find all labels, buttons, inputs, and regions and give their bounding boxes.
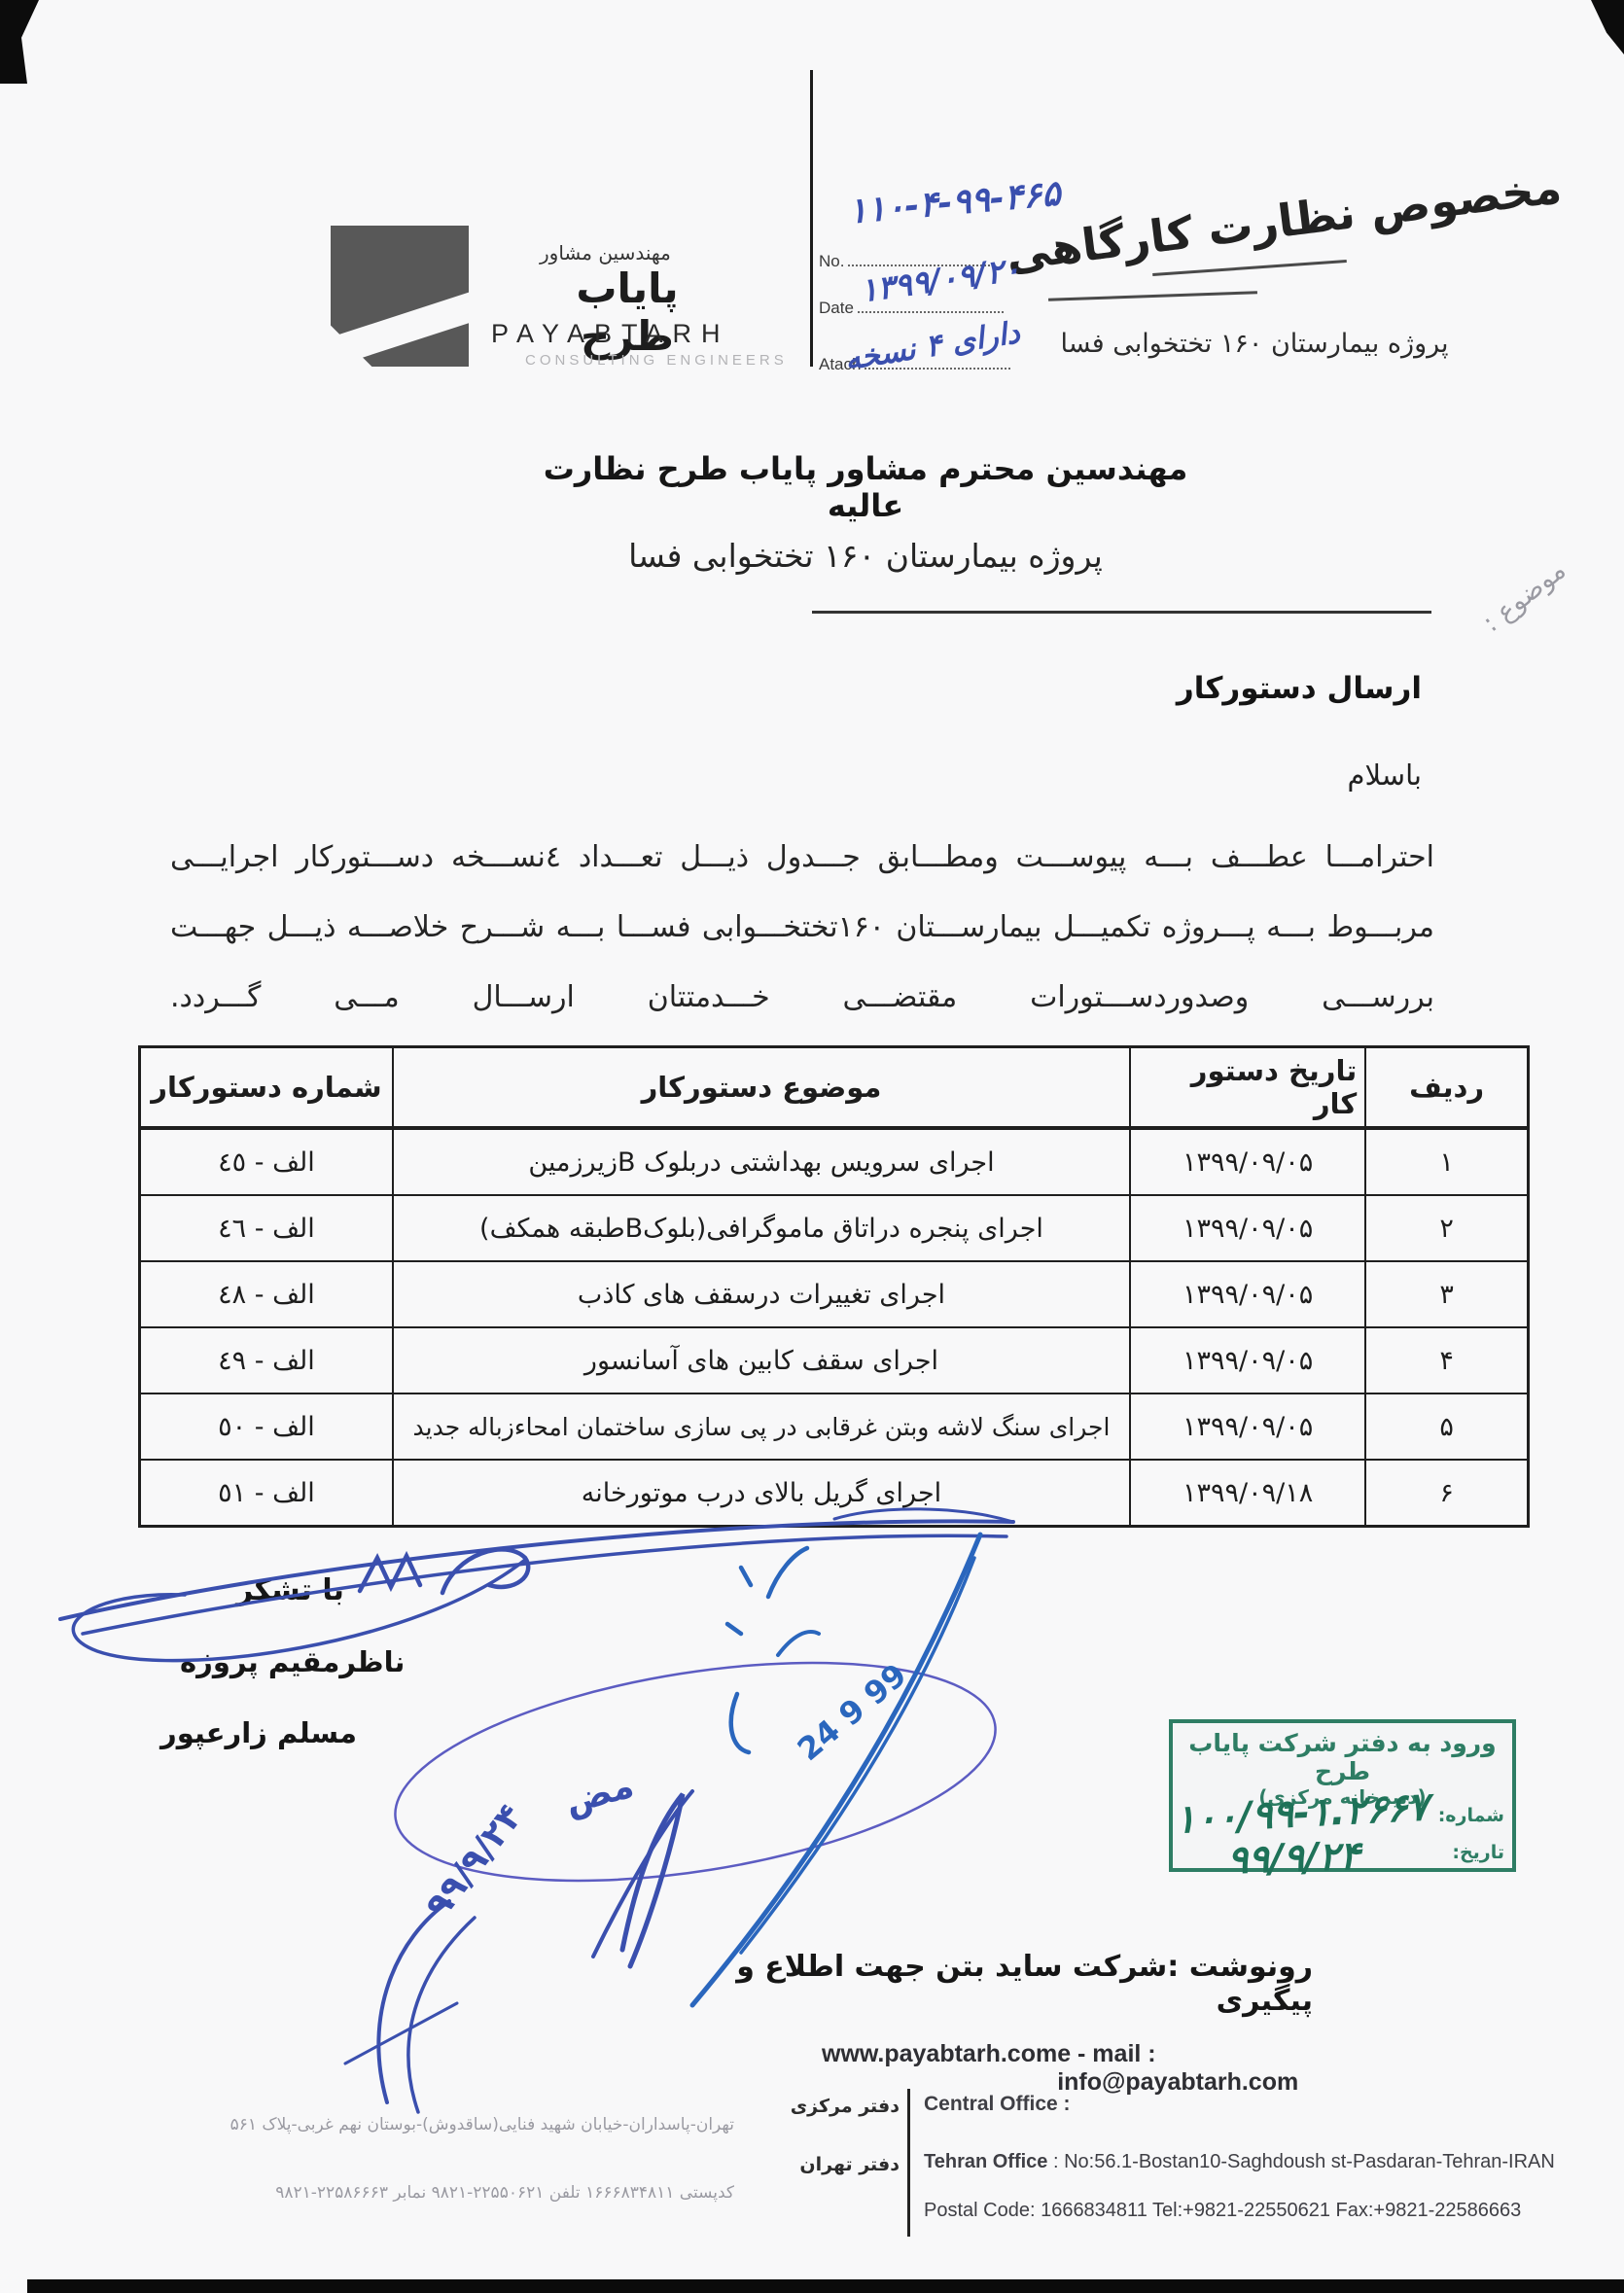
entry-stamp-date-label: تاریخ: bbox=[1452, 1842, 1504, 1863]
cell-date: ۱۳۹۹/۰۹/۱۸ bbox=[1129, 1461, 1364, 1525]
subject-label: ارسال دستورکار bbox=[1118, 671, 1422, 706]
footer-en-office-central: Central Office : bbox=[924, 2093, 1071, 2116]
website-text: www.payabtarh.com bbox=[822, 2040, 1057, 2097]
cell-date: ۱۳۹۹/۰۹/۰۵ bbox=[1129, 1394, 1364, 1459]
footer-divider bbox=[907, 2089, 910, 2237]
cell-subject: اجرای گریل بالای درب موتورخانه bbox=[392, 1461, 1129, 1525]
cell-subject: اجرای سرویس بهداشتی دربلوک Bزیرزمین bbox=[392, 1130, 1129, 1194]
cell-subject: اجرای سقف کابین های آسانسور bbox=[392, 1328, 1129, 1393]
table-row: الف - ٥١ اجرای گریل بالای درب موتورخانه … bbox=[141, 1459, 1527, 1525]
table-row: الف - ٤٥ اجرای سرویس بهداشتی دربلوک Bزیر… bbox=[141, 1128, 1527, 1194]
signature-thanks: با تشکر bbox=[236, 1573, 344, 1607]
col-header-subject: موضوع دستورکار bbox=[392, 1048, 1129, 1126]
dept-project-line: پروژه بیمارستان ۱۶۰ تختخوابی فسا bbox=[972, 329, 1536, 359]
cell-number: الف - ٥٠ bbox=[141, 1394, 392, 1459]
company-subtitle-en: CONSULTING ENGINEERS bbox=[525, 352, 788, 369]
signature-role: ناظرمقیم پروژه bbox=[180, 1645, 405, 1678]
signature-flourish bbox=[60, 1509, 1013, 1661]
company-name-fa-small: مهندسین مشاور bbox=[540, 241, 700, 265]
cell-row: ۵ bbox=[1364, 1394, 1527, 1459]
footer-fa-contacts: کدپستی ۱۶۶۶۸۳۴۸۱۱ تلفن ۲۲۵۵۰۶۲۱-۹۸۲۱ نما… bbox=[58, 2183, 734, 2203]
col-header-row: ردیف bbox=[1364, 1048, 1527, 1126]
table-row: الف - ٤٨ اجرای تغییرات درسقف های کاذب ۱۳… bbox=[141, 1260, 1527, 1326]
body-line-2: مربـــوط بـــه پـــروژه تکمیـــل بیمارسـ… bbox=[170, 893, 1434, 963]
dept-title-underline-1 bbox=[1152, 260, 1347, 276]
footer-en-office-tehran: Tehran Office : No:56.1-Bostan10-Saghdou… bbox=[924, 2151, 1555, 2173]
oval-annotation bbox=[380, 1626, 1010, 1917]
cell-number: الف - ٥١ bbox=[141, 1461, 392, 1525]
footer-fa-office-tehran: دفتر تهران bbox=[749, 2154, 900, 2175]
cc-line: رونوشت :شرکت ساید بتن جهت اطلاع و پیگیری bbox=[729, 1950, 1313, 2018]
contact-line: www.payabtarh.com e - mail : info@payabt… bbox=[822, 2040, 1366, 2097]
dept-title-underline-2 bbox=[1048, 291, 1257, 301]
table-header-row: شماره دستورکار موضوع دستورکار تاریخ دستو… bbox=[141, 1048, 1527, 1128]
handwritten-subject-note: موضوع : bbox=[1477, 555, 1571, 638]
footer-fa-office-central: دفتر مرکزی bbox=[749, 2096, 900, 2117]
scan-artifact-top-left bbox=[0, 0, 39, 84]
entry-stamp-number-label: شماره: bbox=[1438, 1805, 1504, 1826]
cell-row: ۳ bbox=[1364, 1262, 1527, 1326]
entry-stamp-title: ورود به دفتر شرکت پایاب طرح bbox=[1173, 1729, 1512, 1785]
scanned-letter-page: مخصوص نظارت کارگاهی پروژه بیمارستان ۱۶۰ … bbox=[0, 0, 1624, 2293]
table-row: الف - ٤٩ اجرای سقف کابین های آسانسور ۱۳۹… bbox=[141, 1326, 1527, 1393]
cell-row: ۲ bbox=[1364, 1196, 1527, 1260]
cell-number: الف - ٤٥ bbox=[141, 1130, 392, 1194]
footer-en-tehran-label: Tehran Office bbox=[924, 2151, 1047, 2172]
cell-number: الف - ٤٦ bbox=[141, 1196, 392, 1260]
cell-date: ۱۳۹۹/۰۹/۰۵ bbox=[1129, 1130, 1364, 1194]
oval-signature-strokes bbox=[345, 1791, 692, 2112]
table-row: الف - ٥٠ اجرای سنگ لاشه وبتن غرقابی در پ… bbox=[141, 1393, 1527, 1459]
scan-artifact-bottom-bar bbox=[27, 2279, 1624, 2293]
scan-artifact-top-right bbox=[1585, 0, 1624, 54]
cell-row: ۱ bbox=[1364, 1130, 1527, 1194]
teal-scribbles bbox=[692, 1535, 980, 2005]
no-label: No. bbox=[819, 252, 844, 270]
work-orders-table: شماره دستورکار موضوع دستورکار تاریخ دستو… bbox=[138, 1045, 1530, 1528]
recipient-line: مهندسین محترم مشاور پایاب طرح نظارت عالی… bbox=[525, 450, 1206, 524]
footer-en-postal: Postal Code: 1666834811 Tel:+9821-225506… bbox=[924, 2200, 1521, 2222]
handwritten-numbers-teal: 24 9 99 bbox=[791, 1656, 914, 1768]
letterhead-divider bbox=[810, 70, 813, 367]
body-line-1: احترامـــا عطـــف بـــه پیوســـت ومطـــا… bbox=[170, 823, 1434, 893]
cell-date: ۱۳۹۹/۰۹/۰۵ bbox=[1129, 1196, 1364, 1260]
cell-row: ۶ bbox=[1364, 1461, 1527, 1525]
signature-name: مسلم زارعپور bbox=[160, 1716, 357, 1749]
cell-date: ۱۳۹۹/۰۹/۰۵ bbox=[1129, 1262, 1364, 1326]
col-header-number: شماره دستورکار bbox=[141, 1048, 392, 1126]
payabtarh-logo bbox=[331, 226, 469, 367]
subject-underline bbox=[812, 611, 1431, 614]
table-row: الف - ٤٦ اجرای پنجره دراتاق ماموگرافی(بل… bbox=[141, 1194, 1527, 1260]
handwritten-letter-number: ۱۱۰-۴-۹۹-۴۶۵ bbox=[847, 174, 1063, 232]
entry-stamp-date-value: ۹۹/۹/۲۴ bbox=[1226, 1834, 1360, 1884]
oval-scribble-text: مض bbox=[560, 1766, 638, 1823]
footer-en-tehran-address: : No:56.1-Bostan10-Saghdoush st-Pasdaran… bbox=[1053, 2151, 1555, 2172]
col-header-date: تاریخ دستور کار bbox=[1129, 1048, 1364, 1126]
date-label: Date bbox=[819, 299, 854, 317]
cell-subject: اجرای تغییرات درسقف های کاذب bbox=[392, 1262, 1129, 1326]
body-line-3: بررســـی وصدوردســـتورات مقتضـــی خـــدم… bbox=[170, 963, 1434, 1033]
footer-fa-address: تهران-پاسداران-خیابان شهید فنایی(ساقدوش)… bbox=[78, 2115, 734, 2134]
cell-number: الف - ٤٩ bbox=[141, 1328, 392, 1393]
salutation: باسلام bbox=[1118, 758, 1422, 792]
cell-subject: اجرای پنجره دراتاق ماموگرافی(بلوکBطبقه ه… bbox=[392, 1196, 1129, 1260]
cell-date: ۱۳۹۹/۰۹/۰۵ bbox=[1129, 1328, 1364, 1393]
cell-row: ۴ bbox=[1364, 1328, 1527, 1393]
handwritten-date-oval: ۹۹/۹/۲۴ bbox=[418, 1797, 531, 1926]
email-text: e - mail : info@payabtarh.com bbox=[1057, 2040, 1366, 2097]
project-line: پروژه بیمارستان ۱۶۰ تختخوابی فسا bbox=[525, 537, 1206, 575]
cell-number: الف - ٤٨ bbox=[141, 1262, 392, 1326]
cell-subject: اجرای سنگ لاشه وبتن غرقابی در پی سازی سا… bbox=[392, 1394, 1129, 1459]
company-name-en: PAYABTARH bbox=[491, 319, 730, 349]
